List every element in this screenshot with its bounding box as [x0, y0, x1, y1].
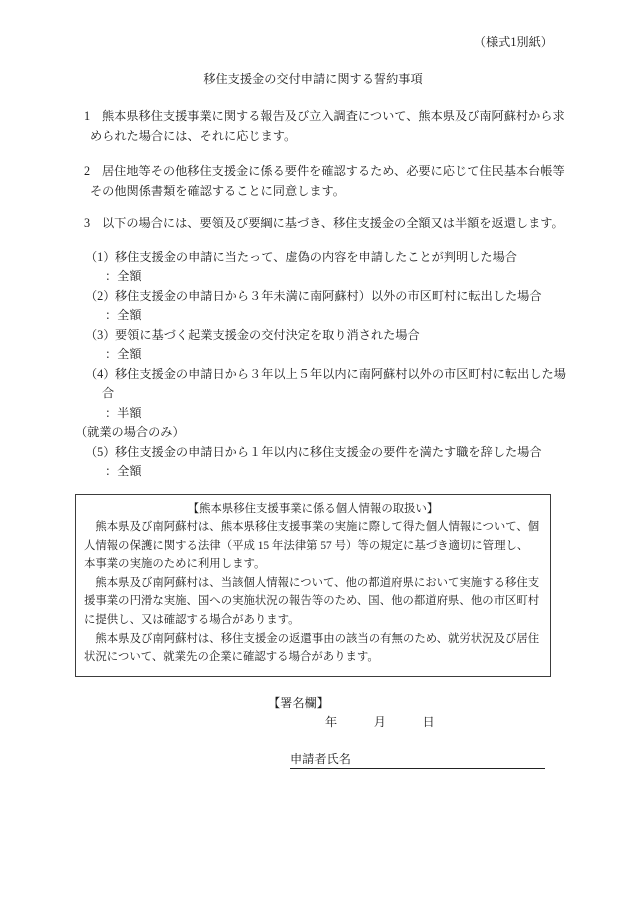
form-label: （様式1別紙） — [63, 33, 575, 53]
pledge-item-1-number: 1 — [84, 107, 102, 127]
signature-date-line: 年 月 日 — [63, 713, 575, 733]
return-case-4-text: 移住支援金の申請日から３年以上５年以内に南阿蘇村以外の市区町村に転出した場 — [115, 367, 566, 381]
return-case-5: （5）移住支援金の申請日から１年以内に移住支援金の要件を満たす職を辞した場合 — [63, 443, 575, 463]
pledge-item-3-line-1: 3以下の場合には、要領及び要綱に基づき、移住支援金の全額又は半額を返還します。 — [63, 214, 575, 234]
privacy-box-line-3: 本事業の実施のために利用します。 — [84, 555, 542, 574]
return-case-3-text: 要領に基づく起業支援金の交付決定を取り消された場合 — [115, 328, 420, 342]
privacy-box-line-8: 状況について、就業先の企業に確認する場合があります。 — [84, 648, 542, 667]
return-case-4-note: （就業の場合のみ） — [63, 423, 575, 443]
return-case-3-amount: ：全額 — [63, 345, 575, 365]
privacy-box-line-4: 熊本県及び南阿蘇村は、当該個人情報について、他の都道府県において実施する移住支 — [84, 574, 542, 593]
return-case-4-text-continued: 合 — [63, 384, 575, 404]
return-case-5-text: 移住支援金の申請日から１年以内に移住支援金の要件を満たす職を辞した場合 — [115, 445, 542, 459]
return-case-1-label: （1） — [85, 248, 115, 268]
return-case-5-amount: ：全額 — [63, 462, 575, 482]
pledge-item-2-number: 2 — [84, 162, 102, 182]
signature-name-row: 申請者氏名 — [63, 750, 575, 770]
signature-name-label: 申請者氏名 — [290, 752, 351, 766]
pledge-item-2-line-1: 2居住地等その他移住支援金に係る要件を確認するため、必要に応じて住民基本台帳等 — [63, 162, 575, 182]
return-case-2-amount: ：全額 — [63, 306, 575, 326]
pledge-item-1-line-2: められた場合には、それに応じます。 — [63, 127, 575, 147]
privacy-box: 【熊本県移住支援事業に係る個人情報の取扱い】 熊本県及び南阿蘇村は、熊本県移住支… — [75, 494, 551, 677]
return-case-4-amount: ：半額 — [63, 404, 575, 424]
privacy-box-line-2: 人情報の保護に関する法律（平成 15 年法律第 57 号）等の規定に基づき適切に… — [84, 537, 542, 556]
return-case-list: （1）移住支援金の申請に当たって、虚偽の内容を申請したことが判明した場合 ：全額… — [63, 248, 575, 482]
privacy-box-line-1: 熊本県及び南阿蘇村は、熊本県移住支援事業の実施に際して得た個人情報について、個 — [84, 518, 542, 537]
pledge-item-2-text: 居住地等その他移住支援金に係る要件を確認するため、必要に応じて住民基本台帳等 — [102, 164, 565, 178]
pledge-item-2-line-2: その他関係書類を確認することに同意します。 — [63, 182, 575, 202]
return-case-1-amount: ：全額 — [63, 267, 575, 287]
signature-heading: 【署名欄】 — [63, 694, 575, 714]
document-page: （様式1別紙） 移住支援金の交付申請に関する誓約事項 1熊本県移住支援事業に関す… — [0, 0, 630, 903]
return-case-2: （2）移住支援金の申請日から３年未満に南阿蘇村）以外の市区町村に転出した場合 — [63, 287, 575, 307]
return-case-1: （1）移住支援金の申請に当たって、虚偽の内容を申請したことが判明した場合 — [63, 248, 575, 268]
pledge-item-1: 1熊本県移住支援事業に関する報告及び立入調査について、熊本県及び南阿蘇村から求 … — [63, 107, 575, 146]
pledge-item-3-number: 3 — [84, 214, 102, 234]
return-case-2-text: 移住支援金の申請日から３年未満に南阿蘇村）以外の市区町村に転出した場合 — [115, 289, 542, 303]
return-case-3-label: （3） — [85, 326, 115, 346]
signature-name-field: 申請者氏名 — [290, 751, 545, 769]
return-case-4: （4）移住支援金の申請日から３年以上５年以内に南阿蘇村以外の市区町村に転出した場 — [63, 365, 575, 385]
signature-section: 【署名欄】 年 月 日 申請者氏名 — [63, 694, 575, 770]
pledge-item-2: 2居住地等その他移住支援金に係る要件を確認するため、必要に応じて住民基本台帳等 … — [63, 162, 575, 201]
pledge-item-3: 3以下の場合には、要領及び要綱に基づき、移住支援金の全額又は半額を返還します。 — [63, 214, 575, 234]
privacy-box-title: 【熊本県移住支援事業に係る個人情報の取扱い】 — [84, 500, 542, 519]
return-case-3: （3）要領に基づく起業支援金の交付決定を取り消された場合 — [63, 326, 575, 346]
privacy-box-line-5: 援事業の円滑な実施、国への実施状況の報告等のため、国、他の都道府県、他の市区町村 — [84, 592, 542, 611]
pledge-item-1-line-1: 1熊本県移住支援事業に関する報告及び立入調査について、熊本県及び南阿蘇村から求 — [63, 107, 575, 127]
return-case-1-text: 移住支援金の申請に当たって、虚偽の内容を申請したことが判明した場合 — [115, 250, 517, 264]
privacy-box-line-6: に提供し、又は確認する場合があります。 — [84, 611, 542, 630]
return-case-2-label: （2） — [85, 287, 115, 307]
return-case-4-label: （4） — [85, 365, 115, 385]
return-case-5-label: （5） — [85, 443, 115, 463]
document-title: 移住支援金の交付申請に関する誓約事項 — [63, 70, 563, 90]
pledge-item-1-text: 熊本県移住支援事業に関する報告及び立入調査について、熊本県及び南阿蘇村から求 — [102, 109, 565, 123]
privacy-box-line-7: 熊本県及び南阿蘇村は、移住支援金の返還事由の該当の有無のため、就労状況及び居住 — [84, 630, 542, 649]
pledge-item-3-text: 以下の場合には、要領及び要綱に基づき、移住支援金の全額又は半額を返還します。 — [102, 216, 564, 230]
